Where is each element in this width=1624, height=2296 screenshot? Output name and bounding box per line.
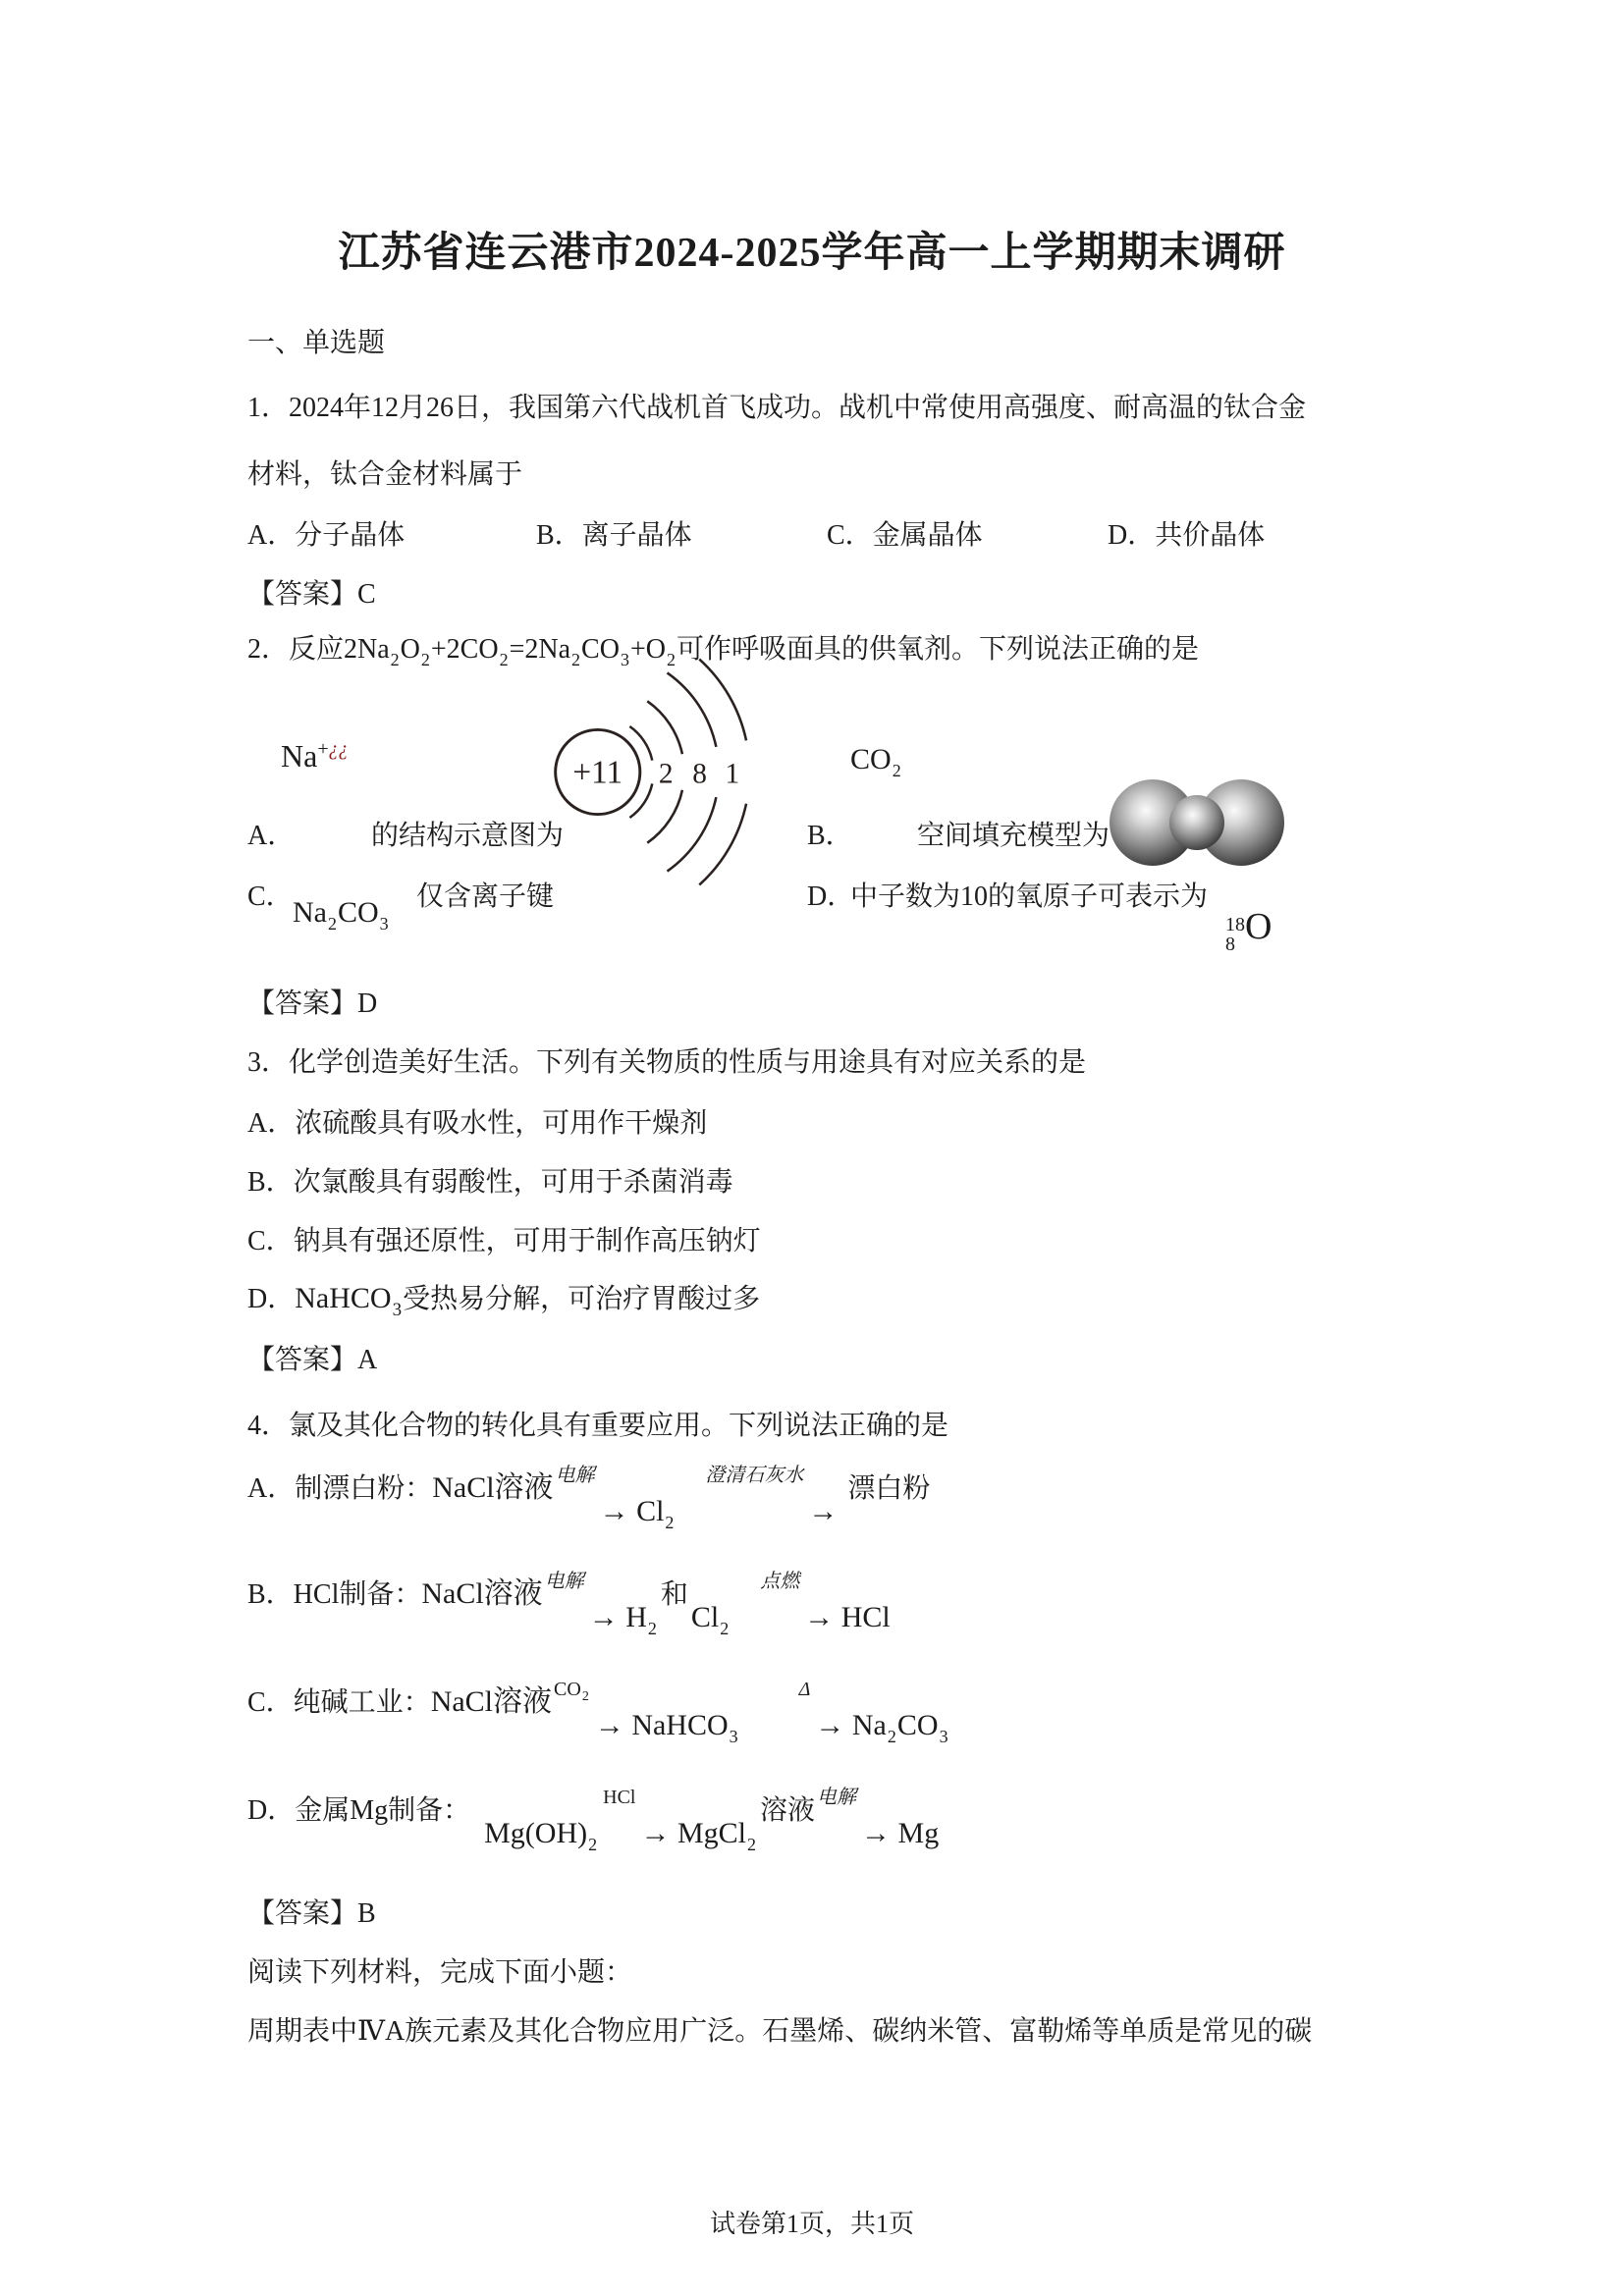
formula-sub: 2 [720, 1619, 729, 1638]
condition-label: 点燃 [760, 1571, 799, 1592]
q2-option-c-text: 仅含离子键 [416, 880, 554, 915]
reaction-arrow: → [815, 1709, 844, 1741]
q2-answer: 【答案】D [247, 987, 377, 1022]
q4-option-b-label: B．HCl制备： [247, 1579, 421, 1610]
q2-stem-part: 2．反应2Na [247, 634, 390, 665]
arrow-product: → NaHCO3 [595, 1709, 739, 1741]
q4-option-a-label: A．制漂白粉： [247, 1473, 432, 1504]
q1-option-d: D．共价晶体 [1108, 518, 1265, 554]
condition-label: HCl [603, 1787, 635, 1808]
formula-sub: 2 [328, 914, 337, 934]
condition-sub: 2 [582, 1689, 589, 1704]
formula-part: CO [338, 896, 379, 929]
shell-electron-count-3: 1 [725, 758, 739, 789]
formula-part: Cl [636, 1495, 664, 1527]
page-footer: 试卷第1页，共1页 [0, 2207, 1624, 2242]
condition-part: CO [554, 1679, 581, 1700]
condition-label: 电解 [545, 1571, 584, 1592]
q3-answer: 【答案】A [247, 1343, 377, 1378]
q4-option-c: C．纯碱工业：NaCl溶液CO2→ NaHCO3Δ→ Na2CO3 [247, 1684, 952, 1726]
formula-sub: 2 [747, 1835, 756, 1854]
q2-na-ion-label: Na+¿¿ [281, 738, 349, 778]
proton-number: 8 [1225, 934, 1245, 954]
formula-sub: 3 [380, 914, 389, 934]
q2-option-b-label: B． [807, 819, 853, 854]
q4-option-a: A．制漂白粉：NaCl溶液电解→ Cl2澄清石灰水→漂白粉 [247, 1470, 930, 1509]
q2-stem-part: O [401, 634, 420, 665]
q3-option-d-text: 受热易分解，可治疗胃酸过多 [403, 1284, 760, 1314]
formula-group: Mg(OH)2 [484, 1817, 598, 1849]
atomic-structure-diagram: +11 2 8 1 [540, 652, 771, 892]
formula-part: MgCl [677, 1817, 746, 1849]
reaction-arrow: → [640, 1817, 670, 1849]
and-connector: 和 [661, 1579, 688, 1610]
q3-option-d-label: D． [247, 1284, 295, 1314]
element-symbol: O [1245, 909, 1272, 944]
condition-label: 澄清石灰水 [705, 1465, 803, 1486]
q2-stem-sub: 2 [421, 650, 430, 669]
carbon-sphere [1169, 795, 1224, 850]
reaction-arrow: → [808, 1495, 838, 1527]
arrow-product: → Cl2 [600, 1495, 676, 1527]
arrow-product: → MgCl2 [640, 1817, 757, 1849]
q2-option-b-text: 空间填充模型为 [917, 819, 1110, 854]
q1-answer: 【答案】C [247, 577, 376, 613]
formula-group: Cl2 [691, 1601, 730, 1633]
q3-stem: 3．化学创造美好生活。下列有关物质的性质与用途具有对应关系的是 [247, 1045, 1086, 1081]
product: 漂白粉 [847, 1473, 930, 1504]
q2-na-symbol: Na [281, 738, 317, 774]
arrow-product: → Na2CO3 [815, 1709, 948, 1741]
reaction-arrow: → [595, 1709, 624, 1741]
q4-stem: 4．氯及其化合物的转化具有重要应用。下列说法正确的是 [247, 1409, 948, 1444]
q4-option-c-label: C．纯碱工业： [247, 1687, 431, 1718]
co2-symbol: CO [850, 743, 892, 775]
reaction-arrow: → [600, 1495, 629, 1527]
q2-option-d-label: D． [807, 880, 854, 915]
reaction-arrow: → [804, 1601, 834, 1633]
reaction-arrow: → [589, 1601, 619, 1633]
q2-option-a-label: A． [247, 819, 295, 854]
condition-label: CO2 [554, 1679, 590, 1700]
q2-na-charge: + [317, 738, 328, 760]
reaction-arrow: → [861, 1817, 891, 1849]
arrow-product: → HCl [804, 1601, 891, 1633]
condition-label: 电解 [556, 1465, 595, 1486]
q3-option-d: D．NaHCO3受热易分解，可治疗胃酸过多 [247, 1281, 760, 1320]
section-heading: 一、单选题 [247, 326, 385, 361]
q4-option-b: B．HCl制备：NaCl溶液电解→ H2和Cl2点燃→ HCl [247, 1576, 893, 1615]
formula-part: Cl [691, 1601, 719, 1633]
q1-option-b: B．离子晶体 [536, 518, 692, 554]
co2-subscript: 2 [893, 761, 901, 780]
q2-co2-label: CO2 [850, 742, 902, 780]
formula-sub: 2 [665, 1513, 674, 1532]
reading-intro: 阅读下列材料，完成下面小题： [247, 1955, 632, 1991]
q1-stem-line1: 1．2024年12月26日，我国第六代战机首飞成功。战机中常使用高强度、耐高温的… [247, 391, 1306, 426]
formula-sub: 3 [730, 1727, 738, 1746]
formula-sub: 3 [940, 1727, 948, 1746]
condition-label: Δ [799, 1679, 811, 1700]
product: HCl [841, 1601, 891, 1633]
condition-label: 电解 [817, 1787, 856, 1808]
q2-option-d-isotope: 188O [1225, 880, 1272, 933]
q1-option-a: A．分子晶体 [247, 518, 405, 554]
formula-part: Mg(OH) [484, 1817, 587, 1849]
formula-sub: 2 [588, 1835, 597, 1854]
formula-part: Na [852, 1709, 887, 1741]
q4-answer: 【答案】B [247, 1896, 376, 1932]
reactant: NaCl溶液 [421, 1577, 542, 1610]
q3-option-b: B．次氯酸具有弱酸性，可用于杀菌消毒 [247, 1165, 733, 1201]
formula-sub: 2 [888, 1727, 896, 1746]
formula-sub: 2 [648, 1619, 657, 1638]
exam-paper-page: 江苏省连云港市2024-2025学年高一上学期期末调研 一、单选题 1．2024… [0, 0, 1624, 2296]
formula-sub: 3 [393, 1300, 403, 1320]
q2-stem-sub: 2 [500, 650, 509, 669]
q3-option-c: C．钠具有强还原性，可用于制作高压钠灯 [247, 1224, 761, 1259]
shell-electron-count-1: 2 [659, 758, 674, 789]
shell-electron-count-2: 8 [692, 758, 707, 789]
q2-option-d-text: 中子数为10的氧原子可表示为 [850, 880, 1208, 915]
q2-option-a-text: 的结构示意图为 [371, 819, 564, 854]
formula-part: NaHCO [631, 1709, 728, 1741]
q4-option-d: D．金属Mg制备：Mg(OH)2HCl→ MgCl2溶液电解→ Mg [247, 1792, 942, 1831]
arrow-product: → Mg [861, 1817, 939, 1849]
reading-text: 周期表中ⅣA族元素及其化合物应用广泛。石墨烯、碳纳米管、富勒烯等单质是常见的碳 [247, 2014, 1312, 2050]
reactant: NaCl溶液 [432, 1471, 553, 1504]
q4-option-d-label: D．金属Mg制备： [247, 1795, 470, 1826]
solution-word: 溶液 [760, 1795, 815, 1826]
product: Mg [898, 1817, 940, 1849]
nucleus-charge-label: +11 [572, 754, 623, 790]
q2-na-red-superscript: ¿¿ [329, 738, 349, 760]
q1-stem-line2: 材料，钛合金材料属于 [247, 457, 522, 493]
q2-stem-sub: 2 [391, 650, 400, 669]
reactant: NaCl溶液 [431, 1685, 552, 1718]
formula-part: CO [897, 1709, 939, 1741]
mass-number: 18 [1225, 915, 1245, 934]
q2-option-c-formula: Na2CO3 [293, 895, 390, 934]
q3-option-a: A．浓硫酸具有吸水性，可用作干燥剂 [247, 1106, 707, 1142]
q1-option-c: C．金属晶体 [827, 518, 983, 554]
q2-option-c-label: C． [247, 880, 294, 915]
formula-part: H [625, 1601, 647, 1633]
isotope-numbers: 188 [1225, 915, 1245, 954]
arrow-product: → H2 [589, 1601, 658, 1633]
page-title: 江苏省连云港市2024-2025学年高一上学期期末调研 [0, 236, 1624, 271]
formula-part: NaHCO [295, 1282, 391, 1314]
q2-stem-part: +2CO [431, 634, 499, 665]
formula-part: Na [293, 896, 327, 929]
co2-space-filling-model [1110, 777, 1284, 868]
